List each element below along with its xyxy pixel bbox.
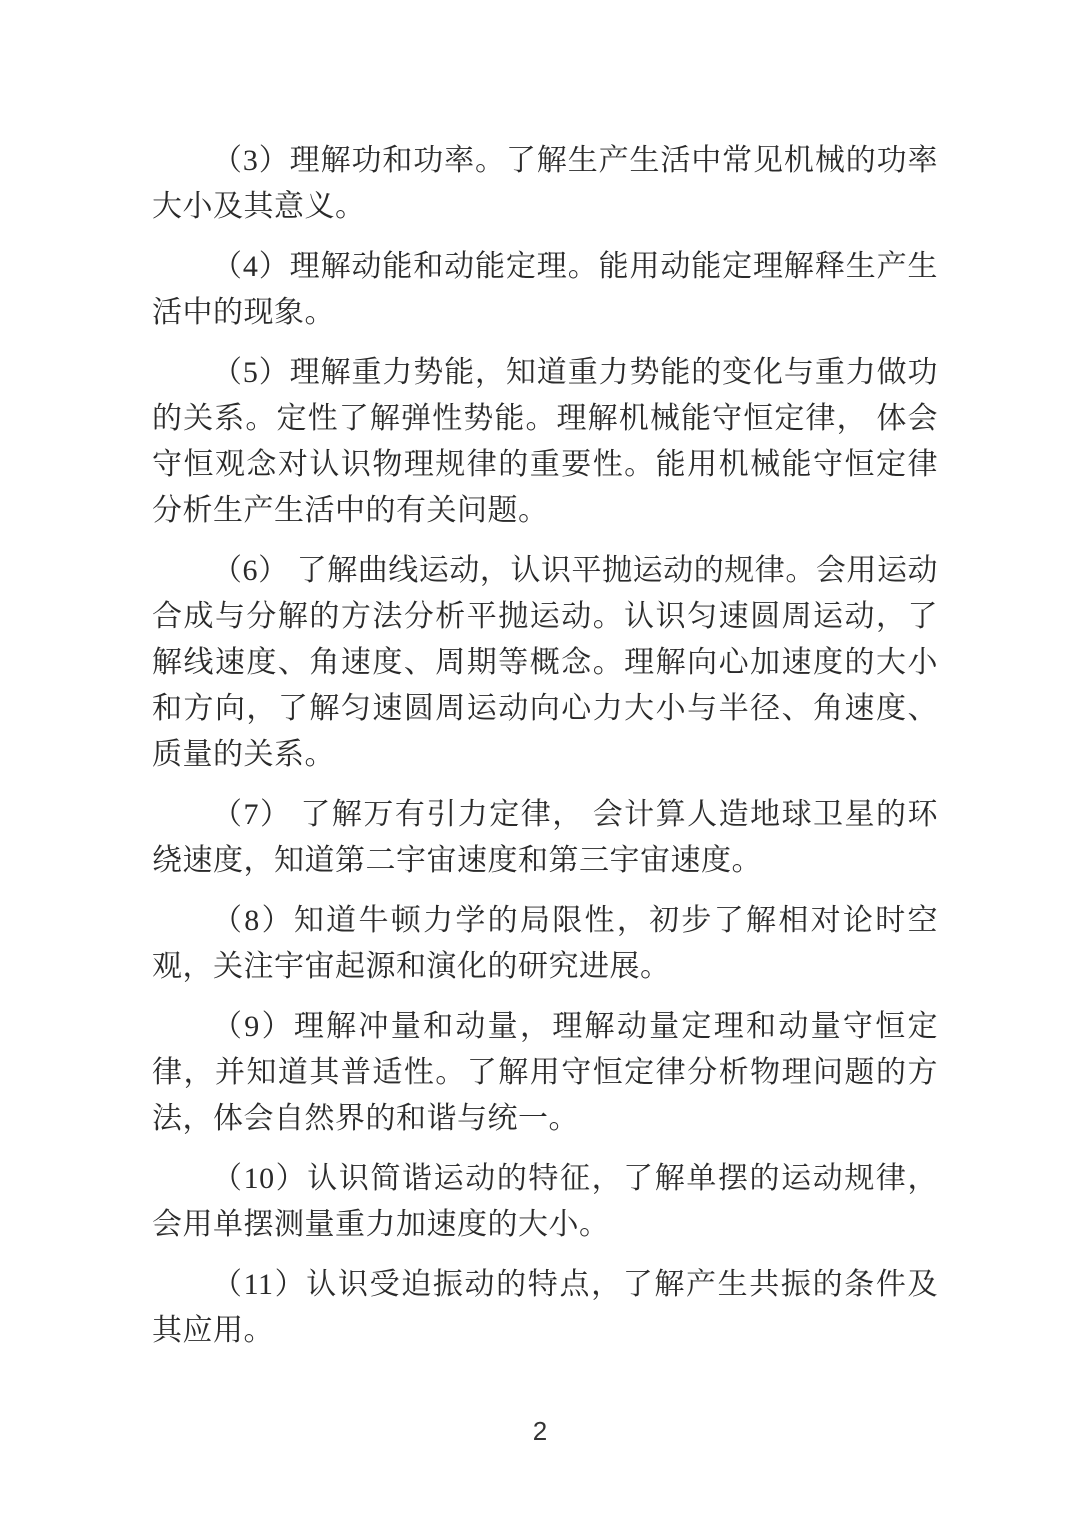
paragraph-item-5: （5）理解重力势能，知道重力势能的变化与重力做功的关系。定性了解弹性势能。理解机… <box>152 350 938 534</box>
page-number: 2 <box>0 1416 1080 1447</box>
paragraph-item-6: （6） 了解曲线运动，认识平抛运动的规律。会用运动合成与分解的方法分析平抛运动。… <box>152 548 938 778</box>
paragraph-item-9: （9）理解冲量和动量，理解动量定理和动量守恒定律，并知道其普适性。了解用守恒定律… <box>152 1004 938 1142</box>
document-page: （3）理解功和功率。了解生产生活中常见机械的功率大小及其意义。 （4）理解动能和… <box>0 0 1080 1527</box>
paragraph-item-11: （11）认识受迫振动的特点，了解产生共振的条件及其应用。 <box>152 1262 938 1354</box>
paragraph-item-10: （10）认识简谐运动的特征，了解单摆的运动规律，会用单摆测量重力加速度的大小。 <box>152 1156 938 1248</box>
paragraph-item-7: （7） 了解万有引力定律， 会计算人造地球卫星的环绕速度，知道第二宇宙速度和第三… <box>152 792 938 884</box>
paragraph-item-4: （4）理解动能和动能定理。能用动能定理解释生产生活中的现象。 <box>152 244 938 336</box>
paragraph-item-8: （8）知道牛顿力学的局限性，初步了解相对论时空观，关注宇宙起源和演化的研究进展。 <box>152 898 938 990</box>
paragraph-item-3: （3）理解功和功率。了解生产生活中常见机械的功率大小及其意义。 <box>152 138 938 230</box>
text-body: （3）理解功和功率。了解生产生活中常见机械的功率大小及其意义。 （4）理解动能和… <box>152 138 938 1368</box>
